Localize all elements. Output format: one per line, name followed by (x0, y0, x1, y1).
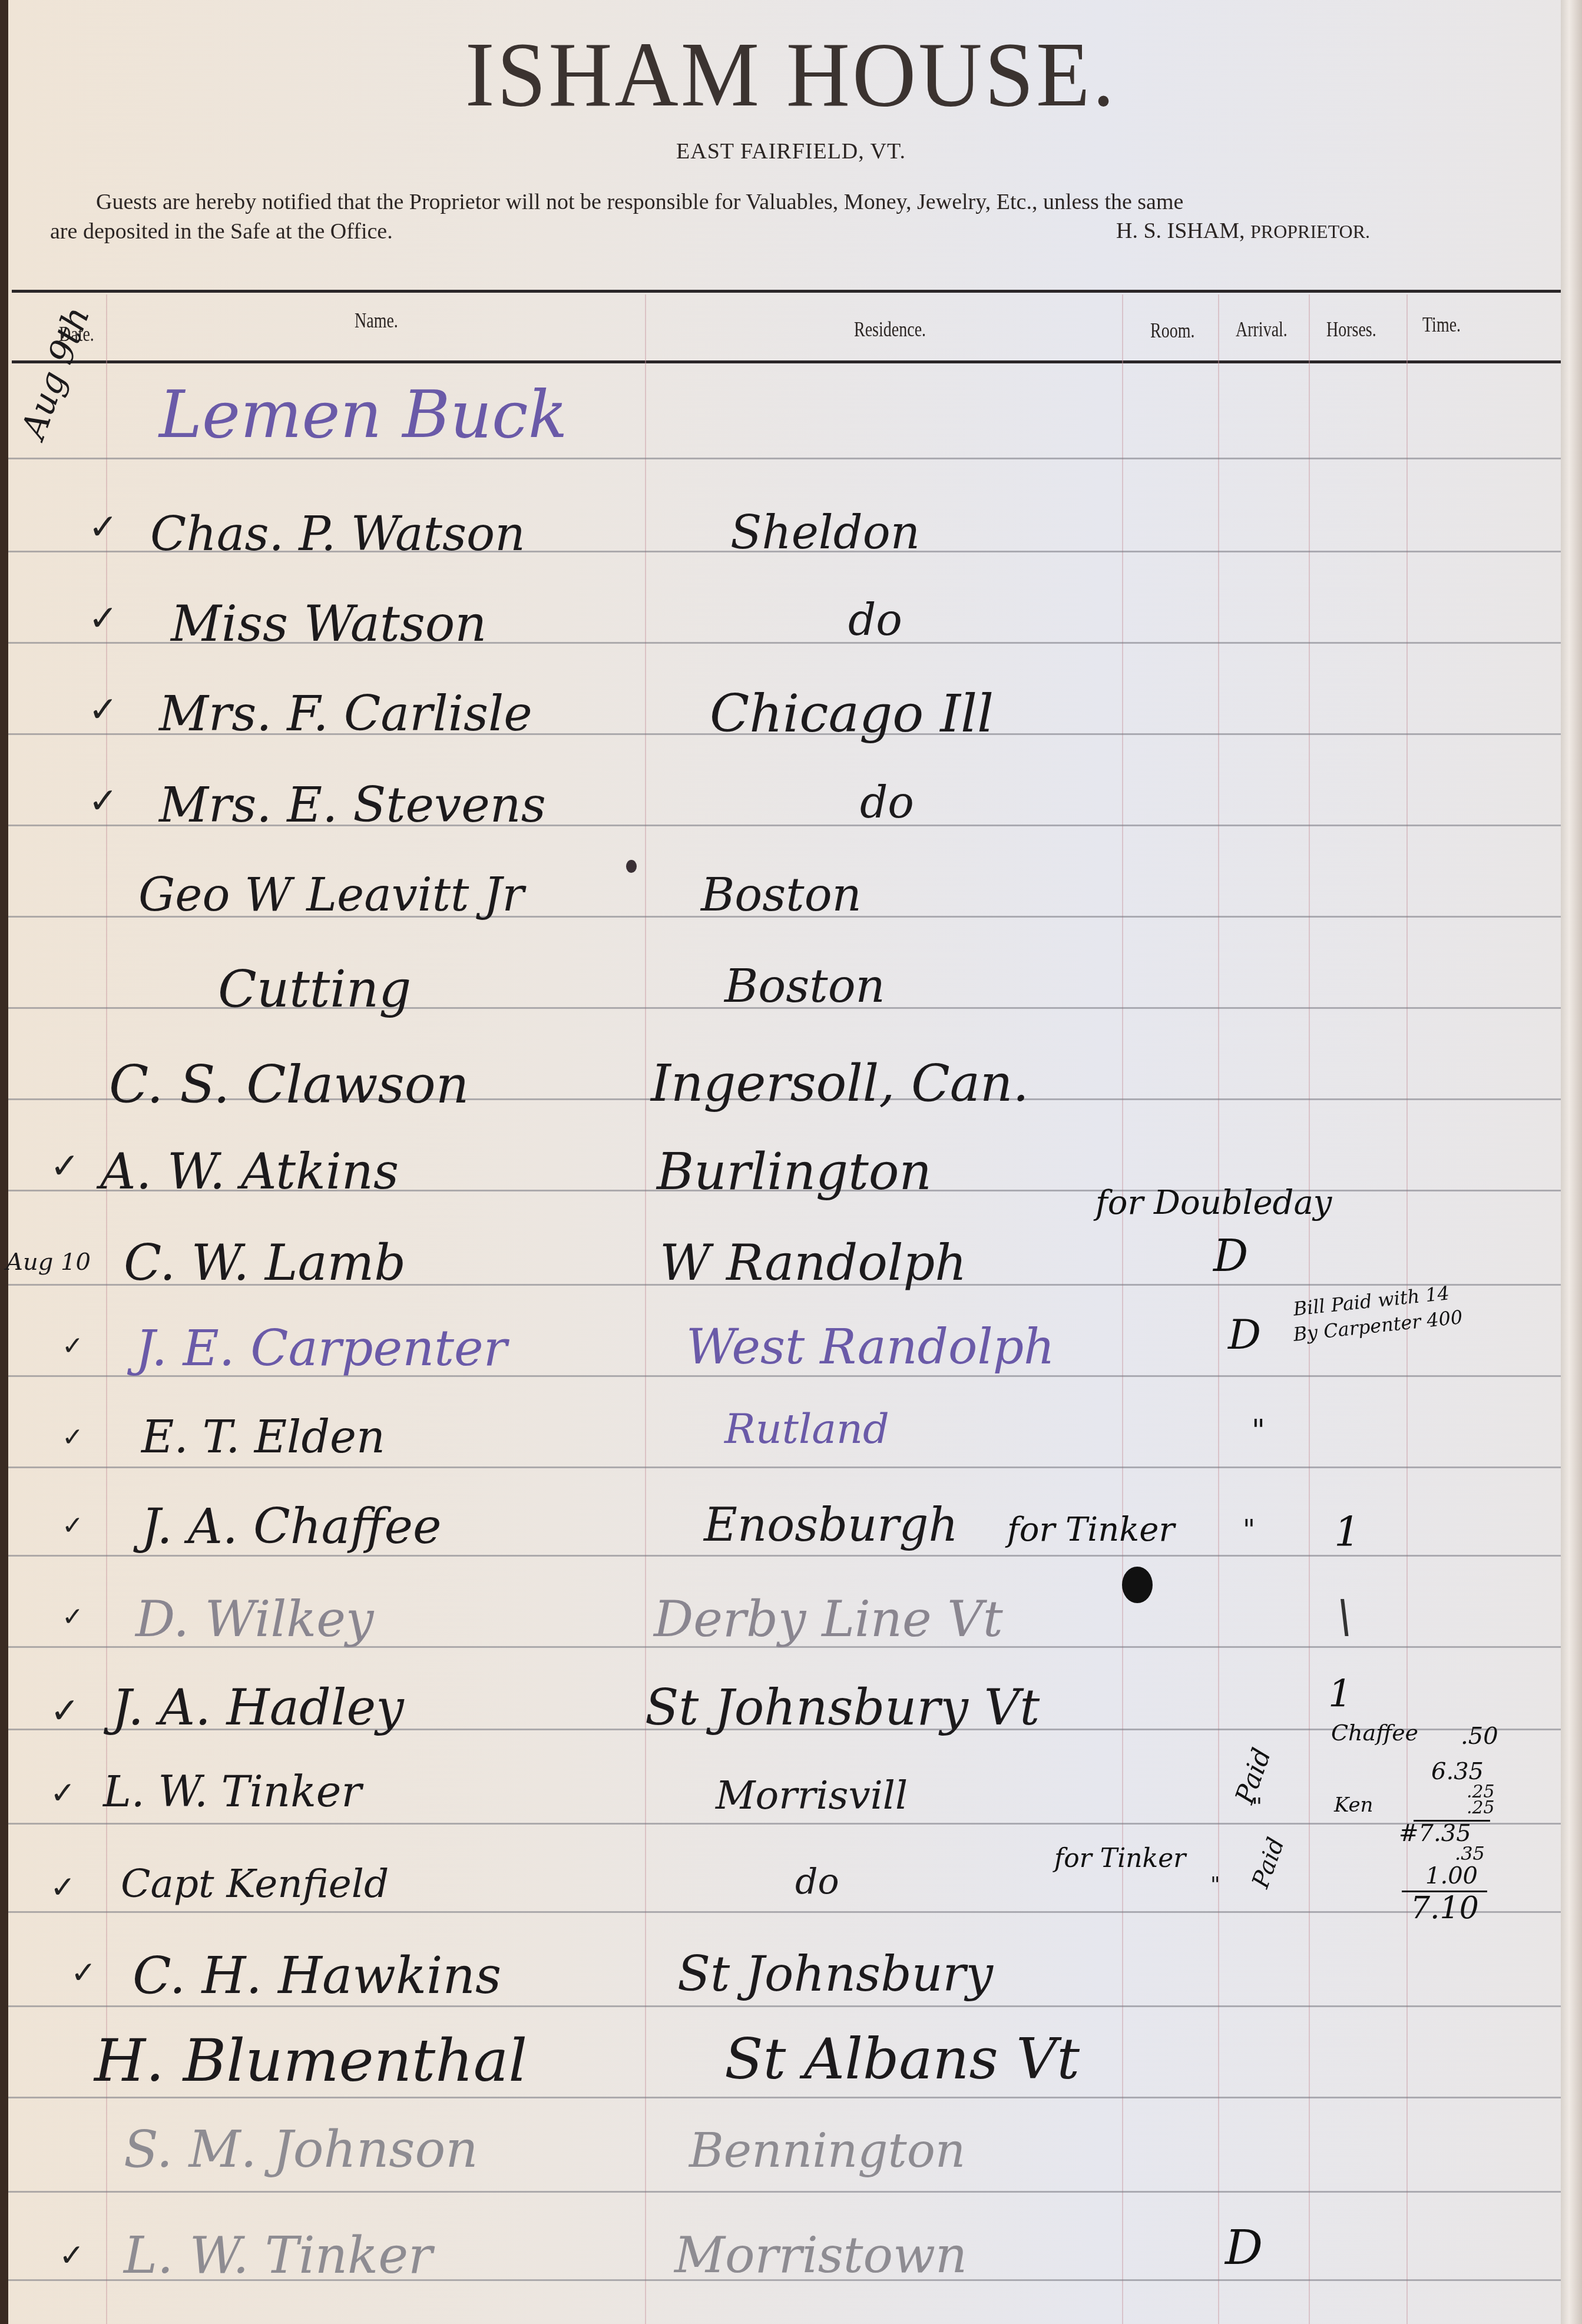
notice-line-1: Guests are hereby notified that the Prop… (50, 187, 1534, 217)
horses-count: 1 (1328, 1673, 1352, 1716)
header-rule-top (12, 290, 1561, 293)
check-mark-icon: ✓ (88, 689, 118, 730)
column-header-time: Time. (1422, 314, 1461, 337)
guest-name: Miss Watson (171, 595, 486, 653)
note-for-doubleday: for Doubleday (1096, 1184, 1332, 1222)
proprietor-title: PROPRIETOR. (1250, 221, 1370, 242)
horses-count: 1 (1334, 1508, 1361, 1556)
column-divider-arrival (1218, 294, 1219, 2324)
d-mark: D (1213, 1231, 1248, 1282)
guest-residence: Enosburgh (704, 1499, 958, 1552)
guest-name: Chas. P. Watson (150, 506, 525, 561)
ditto-mark: " (1210, 1873, 1220, 1897)
column-divider-residence (645, 294, 646, 2324)
check-mark-icon: ✓ (50, 1146, 80, 1187)
guest-residence: Ingersoll, Can. (651, 1054, 1029, 1113)
guest-name: S. M. Johnson (124, 2120, 478, 2179)
guest-residence: Morristown (674, 2226, 967, 2284)
check-mark-icon: ✓ (71, 1955, 97, 1991)
check-mark-icon: ✓ (88, 780, 118, 822)
ditto-mark: " (1252, 1413, 1265, 1448)
guest-name: C. S. Clawson (109, 1054, 469, 1115)
ditto-mark: " (1243, 1514, 1255, 1545)
guest-name: L. W. Tinker (103, 1767, 362, 1816)
row-line (8, 1555, 1561, 1557)
guest-residence: St Johnsbury (677, 1946, 993, 2002)
proprietor-signature: H. S. ISHAM, PROPRIETOR. (1116, 218, 1370, 244)
guest-residence: St Johnsbury Vt (645, 1679, 1040, 1736)
check-mark-icon: ✓ (50, 1690, 80, 1732)
guest-residence: Morrisvill (716, 1773, 908, 1818)
column-header-horses: Horses. (1326, 319, 1376, 342)
check-mark-icon: ✓ (50, 1776, 76, 1811)
guest-residence: Boston (701, 869, 862, 922)
column-divider-time (1406, 294, 1408, 2324)
ink-blot (1122, 1567, 1153, 1603)
page-edge (1561, 0, 1582, 2324)
column-header-residence: Residence. (854, 319, 926, 342)
guest-name: E. T. Elden (141, 1411, 385, 1463)
horses-mark: \ (1337, 1590, 1352, 1643)
guest-name: Mrs. F. Carlisle (159, 686, 532, 742)
guest-residence: Boston (724, 960, 885, 1013)
proprietor-name: H. S. ISHAM, (1116, 219, 1245, 243)
guest-name: Mrs. E. Stevens (159, 777, 546, 833)
entry-date: Aug 10 (6, 1249, 91, 1276)
guest-residence: Sheldon (730, 506, 920, 560)
amount: .35 (1455, 1842, 1485, 1865)
check-mark-icon: ✓ (62, 1511, 84, 1541)
chaffee-label: Chaffee (1331, 1720, 1418, 1746)
total-amount: 7.10 (1411, 1891, 1479, 1926)
guest-residence: do (795, 1861, 839, 1902)
row-line (8, 2005, 1561, 2007)
guest-residence: Derby Line Vt (654, 1590, 1003, 1648)
guest-name: D. Wilkey (135, 1590, 373, 1648)
guest-residence: Rutland (724, 1405, 889, 1453)
check-mark-icon: ✓ (62, 1422, 84, 1452)
guest-residence: do (860, 777, 914, 828)
ink-dot (626, 860, 637, 873)
guest-name: Lemen Buck (159, 377, 567, 452)
column-divider-room (1122, 294, 1123, 2324)
d-mark: D (1225, 2220, 1263, 2275)
note-for-tinker: for Tinker (1007, 1511, 1174, 1549)
guest-residence: W Randolph (660, 1234, 967, 1292)
row-line (8, 2097, 1561, 2098)
amount: .50 (1461, 1723, 1498, 1750)
guest-name: L. W. Tinker (124, 2226, 432, 2285)
guest-residence: Chicago Ill (710, 683, 994, 744)
guest-name: A. W. Atkins (100, 1143, 399, 1200)
guest-name: Geo W Leavitt Jr (138, 869, 524, 922)
guest-name: Capt Kenfield (121, 1861, 389, 1906)
hotel-location: EAST FAIRFIELD, VT. (0, 138, 1582, 164)
guest-name: C. H. Hawkins (133, 1946, 501, 2005)
guest-residence: St Albans Vt (724, 2026, 1080, 2092)
row-line (8, 2191, 1561, 2193)
d-mark: D (1228, 1310, 1261, 1359)
column-header-room: Room. (1150, 320, 1194, 343)
check-mark-icon: ✓ (59, 2238, 85, 2273)
guest-name: J. E. Carpenter (135, 1319, 507, 1377)
hotel-title: ISHAM HOUSE. (0, 21, 1582, 128)
header-rule-bottom (12, 360, 1561, 363)
note-for-tinker: for Tinker (1054, 1843, 1186, 1873)
guest-name: H. Blumenthal (94, 2026, 527, 2095)
row-line (8, 458, 1561, 459)
guest-name: C. W. Lamb (124, 1234, 406, 1292)
guest-name: J. A. Hadley (112, 1679, 404, 1736)
check-mark-icon: ✓ (50, 1870, 76, 1905)
amount: .25 (1467, 1797, 1495, 1818)
check-mark-icon: ✓ (88, 506, 118, 548)
row-line (8, 1823, 1561, 1825)
guest-residence: Burlington (657, 1143, 932, 1201)
check-mark-icon: ✓ (62, 1602, 84, 1632)
row-line (8, 1911, 1561, 1913)
column-header-arrival: Arrival. (1236, 319, 1288, 342)
check-mark-icon: ✓ (62, 1331, 84, 1361)
check-mark-icon: ✓ (88, 598, 118, 639)
column-header-name: Name. (355, 310, 398, 333)
amount: 1.00 (1425, 1862, 1478, 1889)
guest-residence: Bennington (689, 2123, 965, 2178)
guest-name: J. A. Chaffee (141, 1499, 442, 1555)
ken-label: Ken (1334, 1793, 1374, 1817)
guest-residence: West Randolph (686, 1319, 1055, 1375)
guest-residence: do (848, 595, 902, 645)
guest-name: Cutting (218, 960, 411, 1019)
ditto-mark: " (1252, 1793, 1262, 1820)
row-line (8, 1466, 1561, 1468)
